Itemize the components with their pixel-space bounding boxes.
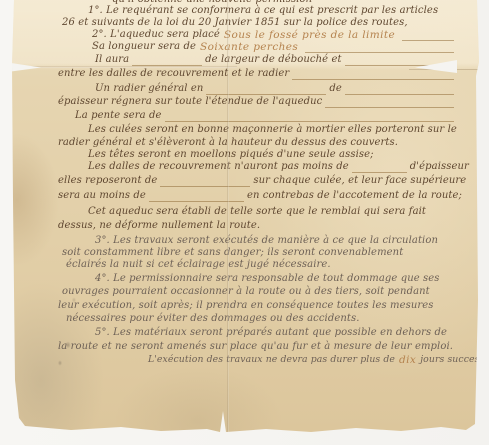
manuscript-line: leur exécution, soit après; il prendra e… [58, 300, 434, 312]
manuscript-line: La pente sera de [75, 110, 457, 122]
line-text: 4°. Le permissionnaire sera responsable … [95, 273, 440, 285]
manuscript-line: Sa longueur sera de Soixante perches [92, 41, 457, 53]
line-text: elles reposeront de [58, 175, 157, 187]
blank-rule [305, 43, 454, 53]
blank-rule [352, 163, 407, 173]
manuscript-line: la route et ne seront amenés sur place q… [58, 341, 453, 353]
aged-paper: qu'il obtienne une nouvelle permission 1… [11, 0, 479, 434]
line-text: Les têtes seront en moellons piqués d'un… [88, 149, 374, 161]
manuscript-line: radier général et s'élèveront à la haute… [58, 137, 398, 149]
line-text: 2°. L'aqueduc sera placé [92, 29, 220, 41]
manuscript-line: Les têtes seront en moellons piqués d'un… [88, 149, 374, 161]
manuscript-line: 4°. Le permissionnaire sera responsable … [95, 273, 440, 285]
line-text: Un radier général en [95, 83, 203, 95]
manuscript-line: L'exécution des travaux ne devra pas dur… [148, 354, 489, 366]
line-text: soit constamment libre et sans danger; i… [62, 247, 403, 259]
line-text: Les dalles de recouvrement n'auront pas … [88, 161, 349, 173]
line-text: nécessaires pour éviter des dommages ou … [66, 313, 360, 325]
manuscript-line: Les dalles de recouvrement n'auront pas … [88, 161, 469, 173]
blank-rule [206, 85, 326, 95]
line-text: ouvrages pourraient occasionner à la rou… [62, 286, 430, 298]
fill-in-text: Sous le fossé près de la limite [220, 29, 399, 41]
blank-rule [160, 177, 250, 187]
manuscript-line: 5°. Les matériaux seront préparés autant… [95, 327, 447, 339]
manuscript-line: Cet aqueduc sera établi de telle sorte q… [88, 206, 426, 218]
line-text: Les culées seront en bonne maçonnerie à … [88, 124, 457, 136]
manuscript-line: 2°. L'aqueduc sera placé Sous le fossé p… [92, 29, 457, 41]
line-text: en contrebas de l'accotement de la route… [247, 190, 462, 202]
manuscript-line: 3°. Les travaux seront exécutés de maniè… [95, 235, 438, 247]
manuscript-line: ouvrages pourraient occasionner à la rou… [62, 286, 430, 298]
manuscript-line: Un radier général en de [95, 83, 457, 95]
line-text: dessus, ne déforme nullement la route. [58, 220, 260, 232]
blank-rule [292, 70, 454, 80]
blank-rule [345, 56, 454, 66]
blank-rule [345, 85, 454, 95]
manuscript-line: elles reposeront de sur chaque culée, et… [58, 175, 466, 187]
line-text: La pente sera de [75, 110, 162, 122]
photo-of-manuscript: qu'il obtienne une nouvelle permission 1… [0, 0, 489, 445]
line-text: leur exécution, soit après; il prendra e… [58, 300, 434, 312]
line-text: 1°. Le requérant se conformera à ce qui … [88, 5, 438, 17]
manuscript-line: soit constamment libre et sans danger; i… [62, 247, 403, 259]
fill-in-text: dix [395, 354, 420, 366]
manuscript-line: Les culées seront en bonne maçonnerie à … [88, 124, 457, 136]
line-text: de largeur de débouché et [205, 54, 341, 66]
line-text: éclairés la nuit si cet éclairage est ju… [66, 259, 331, 271]
line-text: sur chaque culée, et leur face supérieur… [253, 175, 466, 187]
line-text: 5°. Les matériaux seront préparés autant… [95, 327, 447, 339]
line-text: jours successifs [420, 354, 489, 366]
line-text: Sa longueur sera de [92, 41, 196, 53]
line-text: de [329, 83, 342, 95]
manuscript-line: Il aura de largeur de débouché et [95, 54, 457, 66]
manuscript-line: entre les dalles de recouvrement et le r… [58, 68, 457, 80]
line-text: la route et ne seront amenés sur place q… [58, 341, 453, 353]
line-text: radier général et s'élèveront à la haute… [58, 137, 398, 149]
manuscript-line: 26 et suivants de la loi du 20 Janvier 1… [62, 17, 408, 29]
line-text: Il aura [95, 54, 129, 66]
line-text: entre les dalles de recouvrement et le r… [58, 68, 289, 80]
blank-rule [132, 56, 202, 66]
line-text: épaisseur régnera sur toute l'étendue de… [58, 96, 322, 108]
edge-tear-left [11, 62, 41, 72]
manuscript-line: 1°. Le requérant se conformera à ce qui … [88, 5, 438, 17]
blank-rule [402, 31, 454, 41]
line-text: L'exécution des travaux ne devra pas dur… [148, 354, 395, 366]
manuscript-line: épaisseur régnera sur toute l'étendue de… [58, 96, 457, 108]
line-text: 26 et suivants de la loi du 20 Janvier 1… [62, 17, 408, 29]
fill-in-text: Soixante perches [196, 41, 302, 53]
line-text: d'épaisseur [410, 161, 469, 173]
blank-rule [165, 112, 454, 122]
manuscript-line: dessus, ne déforme nullement la route. [58, 220, 260, 232]
line-text: Cet aqueduc sera établi de telle sorte q… [88, 206, 426, 218]
manuscript-line: sera au moins de en contrebas de l'accot… [58, 190, 462, 202]
manuscript-line: nécessaires pour éviter des dommages ou … [66, 313, 360, 325]
line-text: 3°. Les travaux seront exécutés de maniè… [95, 235, 438, 247]
blank-rule [149, 192, 244, 202]
manuscript-line: éclairés la nuit si cet éclairage est ju… [66, 259, 331, 271]
line-text: sera au moins de [58, 190, 146, 202]
blank-rule [325, 98, 454, 108]
